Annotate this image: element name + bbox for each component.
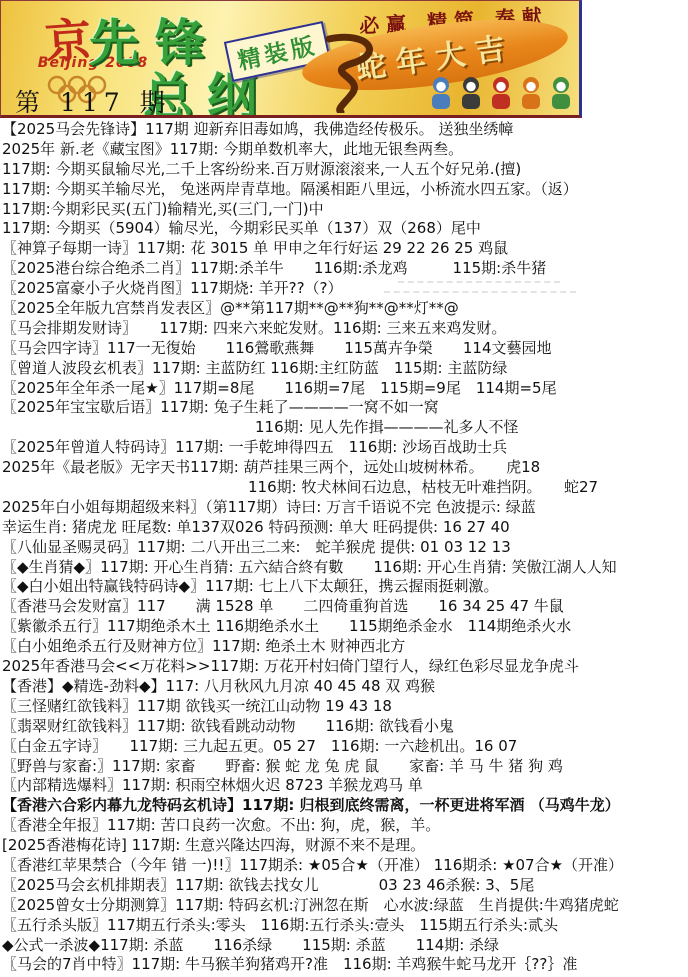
text-line: 〖白小姐绝杀五行及财神方位〗117期: 绝杀土木 财神西北方 <box>0 637 688 657</box>
text-line: 〖2025年曾道人特码诗〗117期: 一手乾坤得四五 116期: 沙场百战助士兵 <box>0 438 688 458</box>
text-line: 〖白金五字诗〗 117期: 三九起五更。05 27 116期: 一六趁机出。16… <box>0 737 688 757</box>
text-line: 〖紫徽杀五行〗117期绝杀木土 116期绝杀水土 115期绝杀金水 114期绝杀… <box>0 617 688 637</box>
text-line: 〖翡翠财红欲钱料〗117期: 欲钱看跳动动物 116期: 欲钱看小鬼 <box>0 717 688 737</box>
text-line: 【2025马会先锋诗】117期 迎新弃旧毒如鸠，我佛造经传极乐。 送独坐绣幛 <box>0 120 688 140</box>
header-banner: 京 Beijing 2008 先锋 总纲 第 117 期 精装版 必赢 精简 奉… <box>0 0 582 118</box>
fuwa-mascot-green <box>549 77 573 111</box>
text-line: 〖2025全年版九宫禁肖发表区〗@**第117期**@**狗**@**灯**@ <box>0 299 688 319</box>
text-line: 117期:今期彩民买(五门)输精光,买(三门,一门)中 <box>0 200 688 220</box>
text-line: 117期: 今期买鼠输尽光,二千上客纷纷来.百万财源滚滚来,一人五个好兄弟.(擅… <box>0 160 688 180</box>
text-line: 〖2025曾女士分期测算〗117期: 特码玄机:汀洲忽在斯 心水波:绿蓝 生肖提… <box>0 896 688 916</box>
issue-number-label: 第 117 期 <box>15 83 171 118</box>
lottery-tip-sheet-page: 京 Beijing 2008 先锋 总纲 第 117 期 精装版 必赢 精简 奉… <box>0 0 688 977</box>
fuwa-mascot-orange <box>519 77 543 111</box>
text-line: [2025香港梅花诗] 117期: 生意兴隆达四海，财源不来不是理。 <box>0 836 688 856</box>
text-line: 117期: 今期买（5904）输尽光，今期彩民买单（137）双（268）尾中 <box>0 219 688 239</box>
text-line: 〖2025马会玄机排期表〗117期: 欲钱去找女儿 03 23 46杀猴: 3、… <box>0 876 688 896</box>
text-line: 【香港六合彩内幕九龙特码玄机诗】117期: 归根到底终需离，一杯更进将军酒 （马… <box>0 796 688 816</box>
text-line: 2025年《最老版》无字天书117期: 葫芦挂果三两个，远处山坡树林希。 虎18 <box>0 458 688 478</box>
calligraphy-swirl-icon <box>307 33 397 113</box>
text-line: 幸运生肖: 猪虎龙 旺尾数: 单137双026 特码预测: 单大 旺码提供: 1… <box>0 518 688 538</box>
text-line: 〖香港红苹果禁合（今年 错 一)!!〗117期杀: ★05合★（开准） 116期… <box>0 856 688 876</box>
text-line: 〖2025年全年杀一尾★〗117期=8尾 116期=7尾 115期=9尾 114… <box>0 379 688 399</box>
text-line: 116期: 见人先作揖————礼多人不怪 <box>0 418 688 438</box>
text-line: 〖内部精选爆料〗117期: 积雨空林烟火迟 8723 羊猴龙鸡马 单 <box>0 776 688 796</box>
text-line: 〖八仙显圣赐灵码〗117期: 二八开出三二来: 蛇羊猴虎 提供: 01 03 1… <box>0 538 688 558</box>
text-line: 116期: 牧犬林间石边息，枯枝无叶难挡阴。 蛇27 <box>0 478 688 498</box>
text-line: 〖◆生肖猜◆〗117期: 开心生肖猜: 五六結合終有數 116期: 开心生肖猜:… <box>0 558 688 578</box>
text-line: 〖神算子每期一诗〗117期: 花 3015 单 甲申之年行好运 29 22 26… <box>0 239 688 259</box>
text-line: 〖2025年宝宝歇后语〗117期: 兔子生耗了————一窝不如一窝 <box>0 398 688 418</box>
text-line: 〖香港全年报〗117期: 苦口良药一次愈。不出: 狗，虎，猴，羊。 <box>0 816 688 836</box>
text-line: 〖2025富豪小子火烧肖图〗117期烧: 羊开??（?） <box>0 279 688 299</box>
text-line: 〖马会排期发财诗〗 117期: 四来六来蛇发财。116期: 三来五来鸡发财。 <box>0 319 688 339</box>
text-line: 〖曾道人波段玄机表〗117期: 主蓝防红 116期:主红防蓝 115期: 主蓝防… <box>0 359 688 379</box>
text-line: 〖马会四字诗〗117一无復始 116鶯歌燕舞 115萬卉争榮 114文藝园地 <box>0 339 688 359</box>
fuwa-mascots <box>429 77 573 111</box>
text-line: 〖2025港台综合绝杀二肖〗117期:杀羊牛 116期:杀龙鸡 115期:杀牛猪 <box>0 259 688 279</box>
text-line: 【香港】◆精选-劲料◆】117: 八月秋风九月凉 40 45 48 双 鸡猴 <box>0 677 688 697</box>
text-line: 〖五行杀头版〗117期五行杀头:零头 116期:五行杀头:壹头 115期五行杀头… <box>0 916 688 936</box>
text-line: 2025年 新.老《藏宝图》117期: 今期单数机率大，此地无银叁两叁。 <box>0 140 688 160</box>
text-line: 〖野兽与家畜:〗117期: 家畜 野畜: 猴 蛇 龙 兔 虎 鼠 家畜: 羊 马… <box>0 757 688 777</box>
text-line: 〖三怪赌红欲钱料〗117期 欲钱买一统江山动物 19 43 18 <box>0 697 688 717</box>
text-line: ◆公式一杀波◆117期: 杀蓝 116杀绿 115期: 杀蓝 114期: 杀绿 <box>0 936 688 956</box>
text-line: 〖◆白小姐出特赢钱特码诗◆〗117期: 七上八下太颠狂，携云握雨挺刺激。 <box>0 577 688 597</box>
body-text: 【2025马会先锋诗】117期 迎新弃旧毒如鸠，我佛造经传极乐。 送独坐绣幛20… <box>0 120 688 975</box>
fuwa-mascot-red <box>489 77 513 111</box>
text-line: 〖香港马会发财富〗117 满 1528 单 二四倚重狗首选 16 34 25 4… <box>0 597 688 617</box>
fuwa-mascot-panda <box>459 77 483 111</box>
fuwa-mascot-blue <box>429 77 453 111</box>
text-line: 〖马会的7肖中特〗117期: 牛马猴羊狗猪鸡开?准 116期: 羊鸡猴牛蛇马龙开… <box>0 955 688 975</box>
text-line: 117期: 今期买羊输尽光， 兔迷两岸青草地。隔溪相距八里远，小桥流水四五家。（… <box>0 180 688 200</box>
text-line: 2025年香港马会<<万花料>>117期: 万花开村妇倚门望行人，绿红色彩尽显龙… <box>0 657 688 677</box>
text-line: 2025年白小姐每期超级来料〗（第117期）诗曰: 万言千语说不完 色波提示: … <box>0 498 688 518</box>
